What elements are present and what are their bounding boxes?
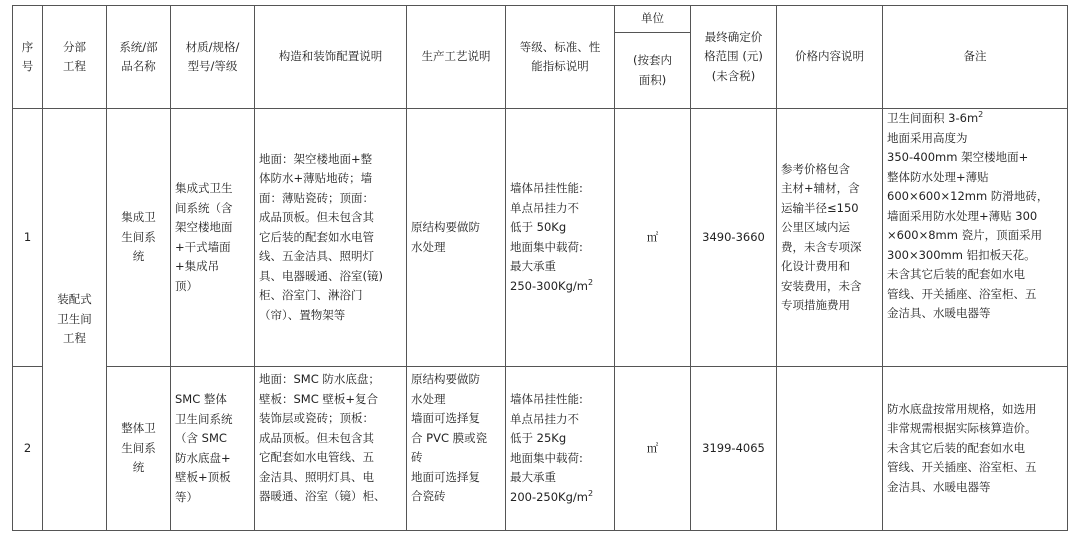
cell-system-name: 集成卫 生间系 统: [107, 109, 171, 367]
cell-price-content: 参考价格包含 主材+辅材，含 运输半径≤150 公里区域内运 费，未含专项深 化…: [777, 109, 883, 367]
grade-line: 地面集中载荷:: [510, 238, 610, 258]
header-unit-top: 单位: [615, 6, 691, 33]
grade-line: 低于 25Kg: [510, 429, 610, 449]
cell-price-content: [777, 367, 883, 531]
header-material: 材质/规格/ 型号/等级: [171, 6, 255, 109]
cell-grade: 墙体吊挂性能: 单点吊挂力不 低于 50Kg 地面集中载荷: 最大承重 250-…: [506, 109, 615, 367]
header-row: 序 号 分部 工程 系统/部 品名称 材质/规格/ 型号/等级 构造和装饰配置说…: [13, 6, 1068, 33]
header-construction: 构造和装饰配置说明: [255, 6, 407, 109]
table-row: 2 整体卫 生间系 统 SMC 整体 卫生间系统 （含 SMC 防水底盘+ 壁板…: [13, 367, 1068, 531]
spec-table: 序 号 分部 工程 系统/部 品名称 材质/规格/ 型号/等级 构造和装饰配置说…: [12, 5, 1068, 531]
grade-line: 低于 50Kg: [510, 218, 610, 238]
cell-process: 原结构要做防 水处理: [407, 109, 506, 367]
cell-seq: 1: [13, 109, 43, 367]
cell-price-range: 3199-4065: [691, 367, 777, 531]
grade-line: 墙体吊挂性能:: [510, 179, 610, 199]
header-price-range: 最终确定价 格范围 (元) (未含税): [691, 6, 777, 109]
header-system-name: 系统/部 品名称: [107, 6, 171, 109]
cell-unit: ㎡: [615, 367, 691, 531]
grade-line-load: 250-300Kg/m2: [510, 277, 610, 297]
cell-grade: 墙体吊挂性能: 单点吊挂力不 低于 25Kg 地面集中载荷: 最大承重 200-…: [506, 367, 615, 531]
grade-line: 单点吊挂力不: [510, 199, 610, 219]
grade-line: 地面集中载荷:: [510, 449, 610, 469]
cell-sub-project: 装配式 卫生间 工程: [43, 109, 107, 531]
grade-line-load: 200-250Kg/m2: [510, 488, 610, 508]
cell-system-name: 整体卫 生间系 统: [107, 367, 171, 531]
grade-line: 最大承重: [510, 468, 610, 488]
header-grade: 等级、标准、性 能指标说明: [506, 6, 615, 109]
cell-seq: 2: [13, 367, 43, 531]
header-unit-bottom: (按套内 面积): [615, 33, 691, 109]
cell-construction: 地面：架空楼地面+整 体防水+薄贴地砖；墙 面：薄贴瓷砖；顶面： 成品顶板。但未…: [255, 109, 407, 367]
remarks-area-line: 卫生间面积 3-6m2: [887, 109, 1063, 129]
grade-line: 墙体吊挂性能:: [510, 390, 610, 410]
cell-remarks: 卫生间面积 3-6m2 地面采用高度为 350-400mm 架空楼地面+ 整体防…: [883, 109, 1068, 367]
cell-material: SMC 整体 卫生间系统 （含 SMC 防水底盘+ 壁板+顶板 等）: [171, 367, 255, 531]
header-sub-project: 分部 工程: [43, 6, 107, 109]
grade-line: 最大承重: [510, 257, 610, 277]
grade-line: 单点吊挂力不: [510, 410, 610, 430]
header-remarks: 备注: [883, 6, 1068, 109]
remarks-body: 地面采用高度为 350-400mm 架空楼地面+ 整体防水处理+薄贴 600×6…: [887, 129, 1063, 324]
header-price-content: 价格内容说明: [777, 6, 883, 109]
cell-remarks: 防水底盘按常用规格，如选用 非常规需根据实际核算造价。 未含其它后装的配套如水电…: [883, 367, 1068, 531]
table-row: 1 装配式 卫生间 工程 集成卫 生间系 统 集成式卫生 间系统（含 架空楼地面…: [13, 109, 1068, 367]
cell-material: 集成式卫生 间系统（含 架空楼地面 +干式墙面 +集成吊 顶）: [171, 109, 255, 367]
cell-unit: ㎡: [615, 109, 691, 367]
cell-process: 原结构要做防 水处理 墙面可选择复 合 PVC 膜或瓷 砖 地面可选择复 合瓷砖: [407, 367, 506, 531]
header-process: 生产工艺说明: [407, 6, 506, 109]
cell-construction: 地面：SMC 防水底盘； 壁板：SMC 壁板+复合 装饰层或瓷砖；顶板： 成品顶…: [255, 367, 407, 531]
header-seq: 序 号: [13, 6, 43, 109]
cell-price-range: 3490-3660: [691, 109, 777, 367]
